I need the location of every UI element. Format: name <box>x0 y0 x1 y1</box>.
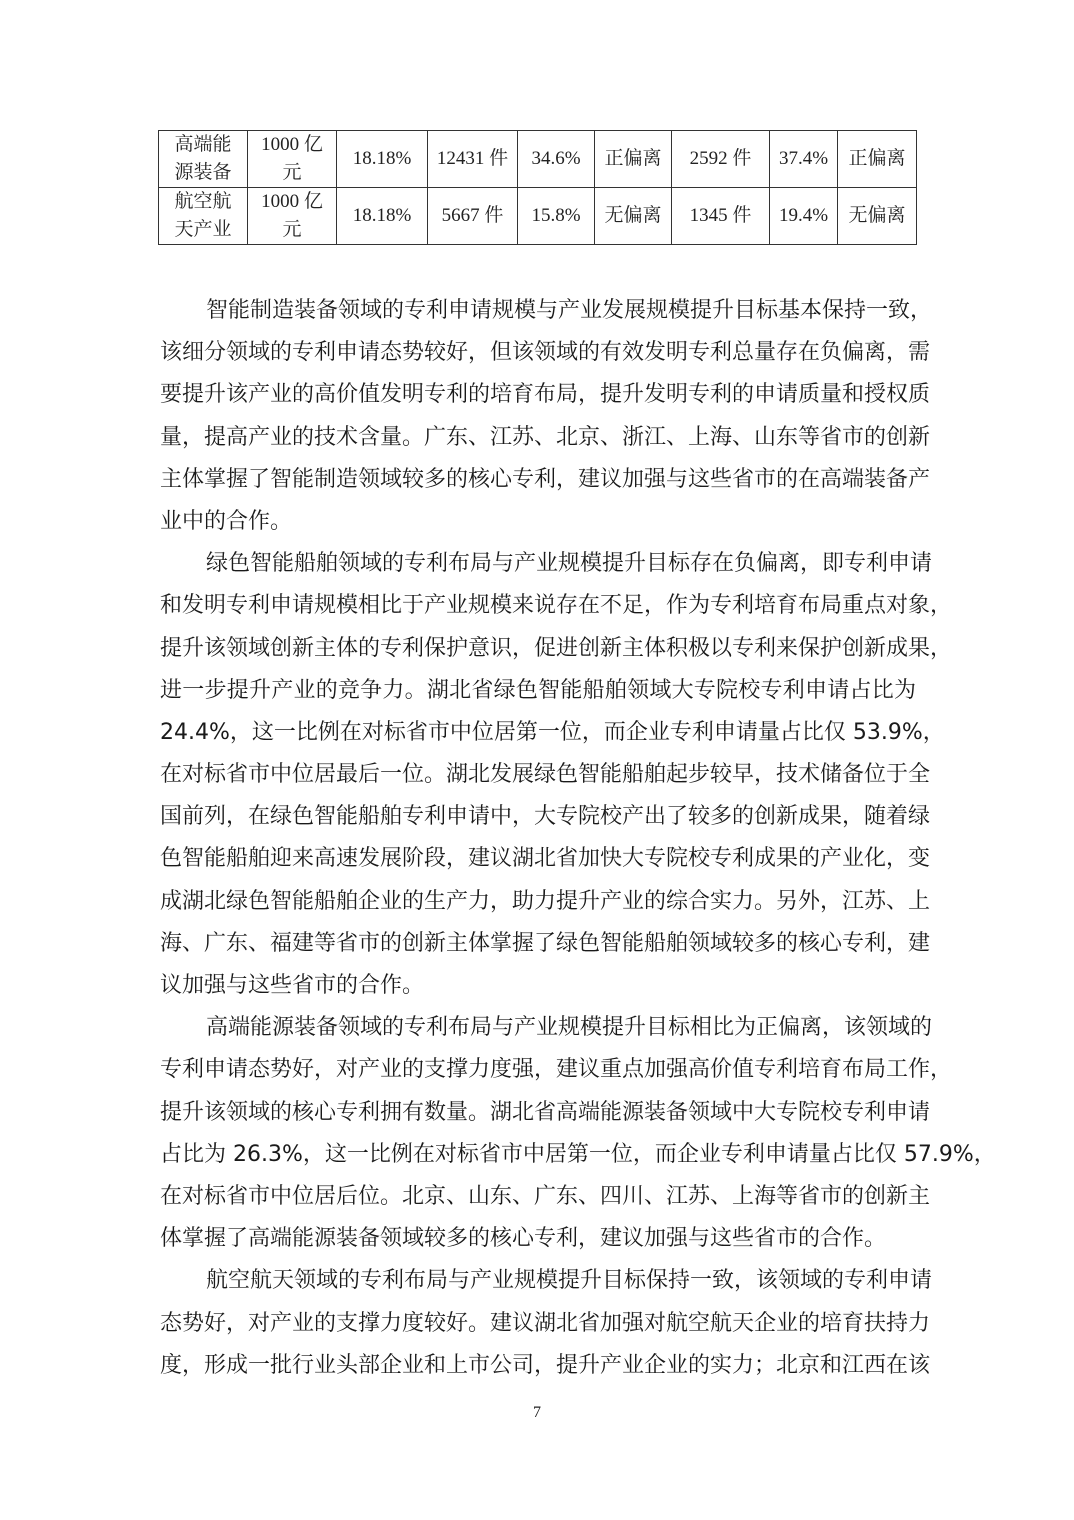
document-page: 高端能源装备 1000 亿元 18.18% 12431 件 34.6% 正偏离 … <box>0 0 1074 1520</box>
text-line: 量，提高产业的技术含量。广东、江苏、北京、浙江、上海、山东等省市的创新 <box>160 417 916 459</box>
patent-deviation-table: 高端能源装备 1000 亿元 18.18% 12431 件 34.6% 正偏离 … <box>158 130 917 245</box>
field-line: 高端能 <box>174 134 231 155</box>
field-line: 天产业 <box>174 219 231 240</box>
text-line: 该细分领域的专利申请态势较好，但该领域的有效发明专利总量存在负偏离，需 <box>160 332 916 374</box>
application-share-cell: 34.6% <box>518 131 595 188</box>
application-deviation-cell: 无偏离 <box>595 188 672 245</box>
text-line: 24.4%，这一比例在对标省市中位居第一位，而企业专利申请量占比仅 53.9%， <box>160 712 916 754</box>
text-line: 议加强与这些省市的合作。 <box>160 965 916 1007</box>
scale-line: 1000 亿 <box>261 191 323 212</box>
scale-cell: 1000 亿元 <box>248 131 337 188</box>
text-line: 海、广东、福建等省市的创新主体掌握了绿色智能船舶领域较多的核心专利，建 <box>160 923 916 965</box>
application-share-cell: 15.8% <box>518 188 595 245</box>
paragraph-aerospace: 航空航天领域的专利布局与产业规模提升目标保持一致，该领域的专利申请 态势好，对产… <box>160 1260 916 1387</box>
applications-cell: 12431 件 <box>428 131 518 188</box>
growth-cell: 18.18% <box>337 131 428 188</box>
text-line: 航空航天领域的专利布局与产业规模提升目标保持一致，该领域的专利申请 <box>160 1260 916 1302</box>
field-line: 航空航 <box>174 191 231 212</box>
field-cell: 高端能源装备 <box>159 131 248 188</box>
text-line: 成湖北绿色智能船舶企业的生产力，助力提升产业的综合实力。另外，江苏、上 <box>160 881 916 923</box>
text-line: 业中的合作。 <box>160 501 916 543</box>
text-line: 绿色智能船舶领域的专利布局与产业规模提升目标存在负偏离，即专利申请 <box>160 543 916 585</box>
text-line: 高端能源装备领域的专利布局与产业规模提升目标相比为正偏离，该领域的 <box>160 1007 916 1049</box>
scale-cell: 1000 亿元 <box>248 188 337 245</box>
scale-line: 1000 亿 <box>261 134 323 155</box>
growth-cell: 18.18% <box>337 188 428 245</box>
text-line: 国前列，在绿色智能船舶专利申请中，大专院校产出了较多的创新成果，随着绿 <box>160 796 916 838</box>
body-text: 智能制造装备领域的专利申请规模与产业发展规模提升目标基本保持一致， 该细分领域的… <box>160 290 916 1387</box>
table-row: 航空航天产业 1000 亿元 18.18% 5667 件 15.8% 无偏离 1… <box>159 188 917 245</box>
invention-share-cell: 19.4% <box>770 188 838 245</box>
text-line: 要提升该产业的高价值发明专利的培育布局，提升发明专利的申请质量和授权质 <box>160 374 916 416</box>
table-row: 高端能源装备 1000 亿元 18.18% 12431 件 34.6% 正偏离 … <box>159 131 917 188</box>
paragraph-green-ships: 绿色智能船舶领域的专利布局与产业规模提升目标存在负偏离，即专利申请 和发明专利申… <box>160 543 916 1007</box>
paragraph-energy-equipment: 高端能源装备领域的专利布局与产业规模提升目标相比为正偏离，该领域的 专利申请态势… <box>160 1007 916 1260</box>
text-line: 和发明专利申请规模相比于产业规模来说存在不足，作为专利培育布局重点对象， <box>160 585 916 627</box>
text-line: 体掌握了高端能源装备领域较多的核心专利，建议加强与这些省市的合作。 <box>160 1218 916 1260</box>
text-line: 进一步提升产业的竞争力。湖北省绿色智能船舶领域大专院校专利申请占比为 <box>160 670 916 712</box>
text-line: 专利申请态势好，对产业的支撑力度强，建议重点加强高价值专利培育布局工作， <box>160 1049 916 1091</box>
paragraph-intelligent-manufacturing: 智能制造装备领域的专利申请规模与产业发展规模提升目标基本保持一致， 该细分领域的… <box>160 290 916 543</box>
scale-line: 元 <box>282 162 301 183</box>
text-line: 色智能船舶迎来高速发展阶段，建议湖北省加快大专院校专利成果的产业化，变 <box>160 838 916 880</box>
text-line: 态势好，对产业的支撑力度较好。建议湖北省加强对航空航天企业的培育扶持力 <box>160 1303 916 1345</box>
text-line: 占比为 26.3%，这一比例在对标省市中居第一位，而企业专利申请量占比仅 57.… <box>160 1134 916 1176</box>
text-line: 提升该领域的核心专利拥有数量。湖北省高端能源装备领域中大专院校专利申请 <box>160 1092 916 1134</box>
invention-patents-cell: 2592 件 <box>672 131 770 188</box>
applications-cell: 5667 件 <box>428 188 518 245</box>
application-deviation-cell: 正偏离 <box>595 131 672 188</box>
invention-deviation-cell: 无偏离 <box>838 188 917 245</box>
field-cell: 航空航天产业 <box>159 188 248 245</box>
invention-share-cell: 37.4% <box>770 131 838 188</box>
scale-line: 元 <box>282 219 301 240</box>
page-number: 7 <box>0 1404 1074 1422</box>
text-line: 主体掌握了智能制造领域较多的核心专利，建议加强与这些省市的在高端装备产 <box>160 459 916 501</box>
text-line: 度，形成一批行业头部企业和上市公司，提升产业企业的实力；北京和江西在该 <box>160 1345 916 1387</box>
text-line: 在对标省市中位居后位。北京、山东、广东、四川、江苏、上海等省市的创新主 <box>160 1176 916 1218</box>
text-line: 在对标省市中位居最后一位。湖北发展绿色智能船舶起步较早，技术储备位于全 <box>160 754 916 796</box>
field-line: 源装备 <box>174 162 231 183</box>
invention-deviation-cell: 正偏离 <box>838 131 917 188</box>
invention-patents-cell: 1345 件 <box>672 188 770 245</box>
text-line: 提升该领域创新主体的专利保护意识，促进创新主体积极以专利来保护创新成果， <box>160 628 916 670</box>
text-line: 智能制造装备领域的专利申请规模与产业发展规模提升目标基本保持一致， <box>160 290 916 332</box>
